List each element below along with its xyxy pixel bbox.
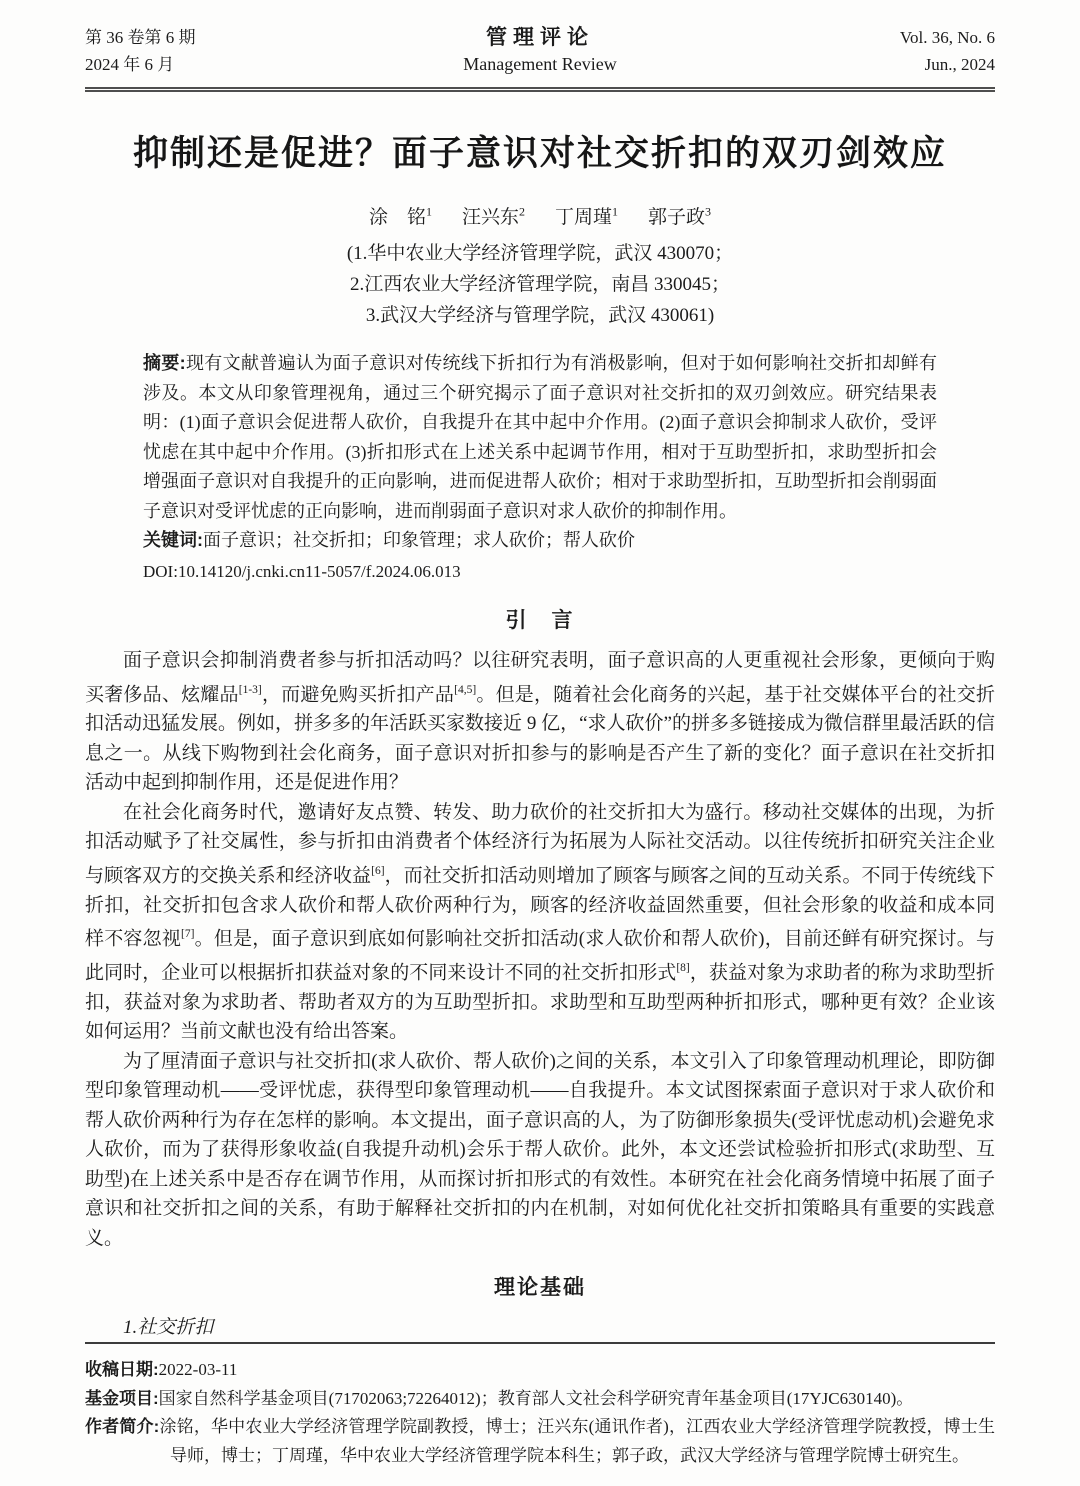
received-date-value: 2022-03-11 [159,1360,238,1379]
subsection-heading-social-discount: 1.社交折扣 [85,1313,995,1343]
affiliation-line: (1.华中农业大学经济管理学院，武汉 430070； [85,238,995,269]
publish-date-en: Jun., 2024 [805,51,995,78]
keywords-line: 关键词:面子意识；社交折扣；印象管理；求人砍价；帮人砍价 [143,526,937,556]
author-name: 汪兴东 [462,207,519,228]
author: 涂 铭1 [369,202,432,229]
section-heading-theory: 理论基础 [85,1271,995,1301]
author-affil-sup: 2 [519,205,525,219]
header-right: Vol. 36, No. 6 Jun., 2024 [805,24,995,78]
author-name: 涂 铭 [369,207,426,228]
author-name: 郭子政 [648,207,705,228]
author: 郭子政3 [648,202,711,229]
keywords-text: 面子意识；社交折扣；印象管理；求人砍价；帮人砍价 [203,530,635,550]
affiliation-line: 2.江西农业大学经济管理学院，南昌 330045； [85,269,995,300]
authors-row: 涂 铭1 汪兴东2 丁周瑾1 郭子政3 [85,202,995,229]
author-bio-label: 作者简介: [85,1417,159,1436]
doi-text: DOI:10.14120/j.cnki.cn11-5057/f.2024.06.… [143,557,937,587]
header-center: 管理评论 Management Review [275,24,805,78]
volume-issue-en: Vol. 36, No. 6 [805,24,995,51]
abstract-text: 现有文献普遍认为面子意识对传统线下折扣行为有消极影响，但对于如何影响社交折扣却鲜… [143,353,937,521]
journal-header: 第 36 卷第 6 期 2024 年 6 月 管理评论 Management R… [85,24,995,78]
author-name: 丁周瑾 [555,207,612,228]
volume-issue-cn: 第 36 卷第 6 期 [85,24,275,51]
author-affil-sup: 1 [426,205,432,219]
author-affil-sup: 1 [612,205,618,219]
keywords-label: 关键词: [143,530,203,550]
intro-paragraph-3: 为了厘清面子意识与社交折扣(求人砍价、帮人砍价)之间的关系，本文引入了印象管理动… [85,1047,995,1254]
funding-value: 国家自然科学基金项目(71702063;72264012)；教育部人文社会科学研… [159,1389,914,1408]
received-date-label: 收稿日期: [85,1360,159,1379]
paper-title: 抑制还是促进？面子意识对社交折扣的双刃剑效应 [85,126,995,176]
intro-paragraph-2: 在社会化商务时代，邀请好友点赞、转发、助力砍价的社交折扣大为盛行。移动社交媒体的… [85,798,995,1047]
abstract-label: 摘要: [143,353,186,373]
intro-paragraph-1: 面子意识会抑制消费者参与折扣活动吗？以往研究表明，面子意识高的人更重视社会形象，… [85,646,995,798]
footnote-funding: 基金项目:国家自然科学基金项目(71702063;72264012)；教育部人文… [85,1385,995,1414]
section-heading-introduction: 引 言 [85,604,995,634]
affiliations: (1.华中农业大学经济管理学院，武汉 430070； 2.江西农业大学经济管理学… [85,238,995,331]
author-bio-value: 涂铭，华中农业大学经济管理学院副教授，博士；汪兴东(通讯作者)，江西农业大学经济… [159,1417,995,1465]
header-left: 第 36 卷第 6 期 2024 年 6 月 [85,24,275,78]
author-affil-sup: 3 [705,205,711,219]
funding-label: 基金项目: [85,1389,159,1408]
footnotes-block: 收稿日期:2022-03-11 基金项目:国家自然科学基金项目(71702063… [85,1342,995,1470]
journal-page: 第 36 卷第 6 期 2024 年 6 月 管理评论 Management R… [0,0,1080,1486]
abstract-block: 摘要:现有文献普遍认为面子意识对传统线下折扣行为有消极影响，但对于如何影响社交折… [143,349,937,586]
abstract-paragraph: 摘要:现有文献普遍认为面子意识对传统线下折扣行为有消极影响，但对于如何影响社交折… [143,349,937,526]
author: 汪兴东2 [462,202,525,229]
journal-title-en: Management Review [275,51,805,78]
journal-title-cn: 管理评论 [275,24,805,51]
publish-date-cn: 2024 年 6 月 [85,51,275,78]
footnote-author-bio: 作者简介:涂铭，华中农业大学经济管理学院副教授，博士；汪兴东(通讯作者)，江西农… [85,1413,995,1470]
footnote-received-date: 收稿日期:2022-03-11 [85,1356,995,1385]
header-double-rule [85,87,995,92]
affiliation-line: 3.武汉大学经济与管理学院，武汉 430061) [85,300,995,331]
author: 丁周瑾1 [555,202,618,229]
